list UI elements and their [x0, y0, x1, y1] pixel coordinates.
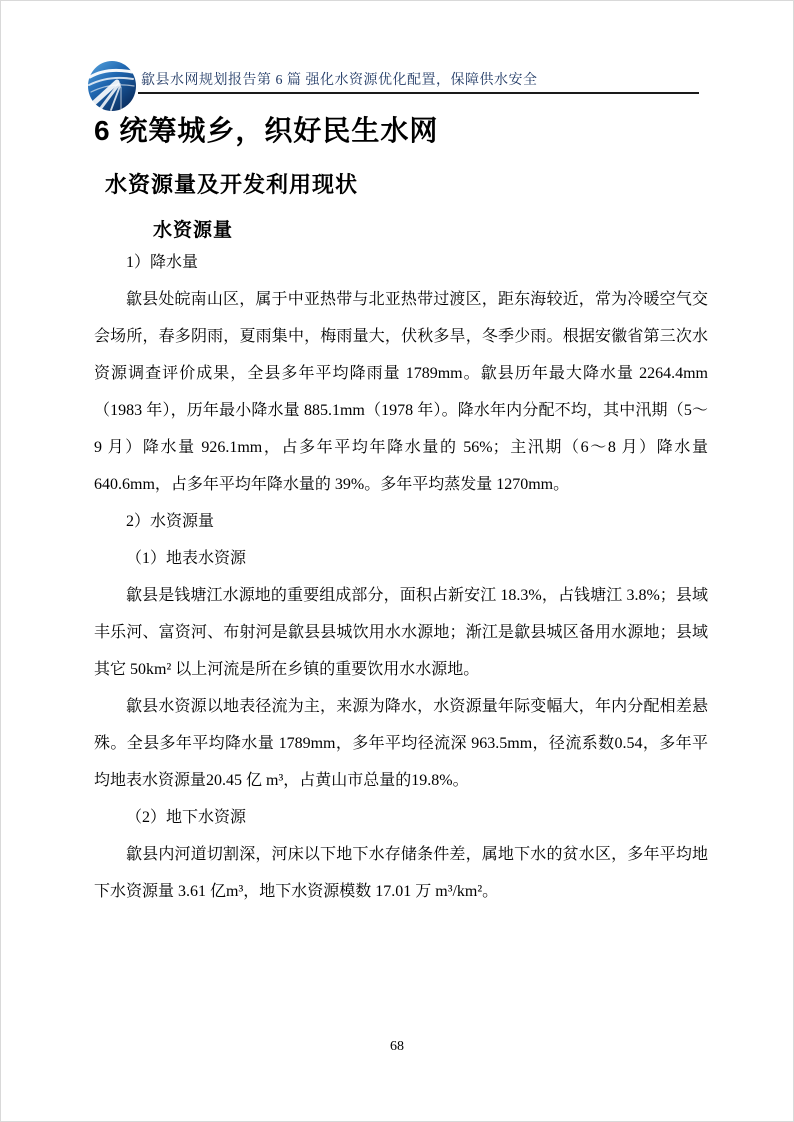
- section-title: 水资源量及开发利用现状: [105, 168, 358, 199]
- paragraph: 1）降水量: [94, 244, 708, 281]
- page-number: 68: [1, 1039, 793, 1055]
- paragraph: 歙县处皖南山区，属于中亚热带与北亚热带过渡区，距东海较近，常为冷暖空气交会场所，…: [94, 281, 708, 503]
- paragraph: 歙县是钱塘江水源地的重要组成部分，面积占新安江 18.3%，占钱塘江 3.8%；…: [94, 577, 708, 688]
- paragraph: （1）地表水资源: [94, 540, 708, 577]
- document-page: 歙县水网规划报告第 6 篇 强化水资源优化配置，保障供水安全 6 统筹城乡，织好…: [0, 0, 794, 1122]
- paragraph: （2）地下水资源: [94, 799, 708, 836]
- header-divider: [94, 92, 699, 94]
- report-logo: [86, 58, 138, 114]
- paragraph: 歙县内河道切割深，河床以下地下水存储条件差，属地下水的贫水区，多年平均地下水资源…: [94, 836, 708, 910]
- subsection-title: 水资源量: [153, 215, 233, 242]
- chapter-title: 6 统筹城乡，织好民生水网: [94, 109, 438, 149]
- water-network-globe-icon: [87, 60, 137, 112]
- body-text: 1）降水量 歙县处皖南山区，属于中亚热带与北亚热带过渡区，距东海较近，常为冷暖空…: [94, 244, 708, 910]
- paragraph: 歙县水资源以地表径流为主，来源为降水，水资源量年际变幅大，年内分配相差悬殊。全县…: [94, 688, 708, 799]
- header-report-title: 歙县水网规划报告第 6 篇 强化水资源优化配置，保障供水安全: [141, 69, 538, 89]
- paragraph: 2）水资源量: [94, 503, 708, 540]
